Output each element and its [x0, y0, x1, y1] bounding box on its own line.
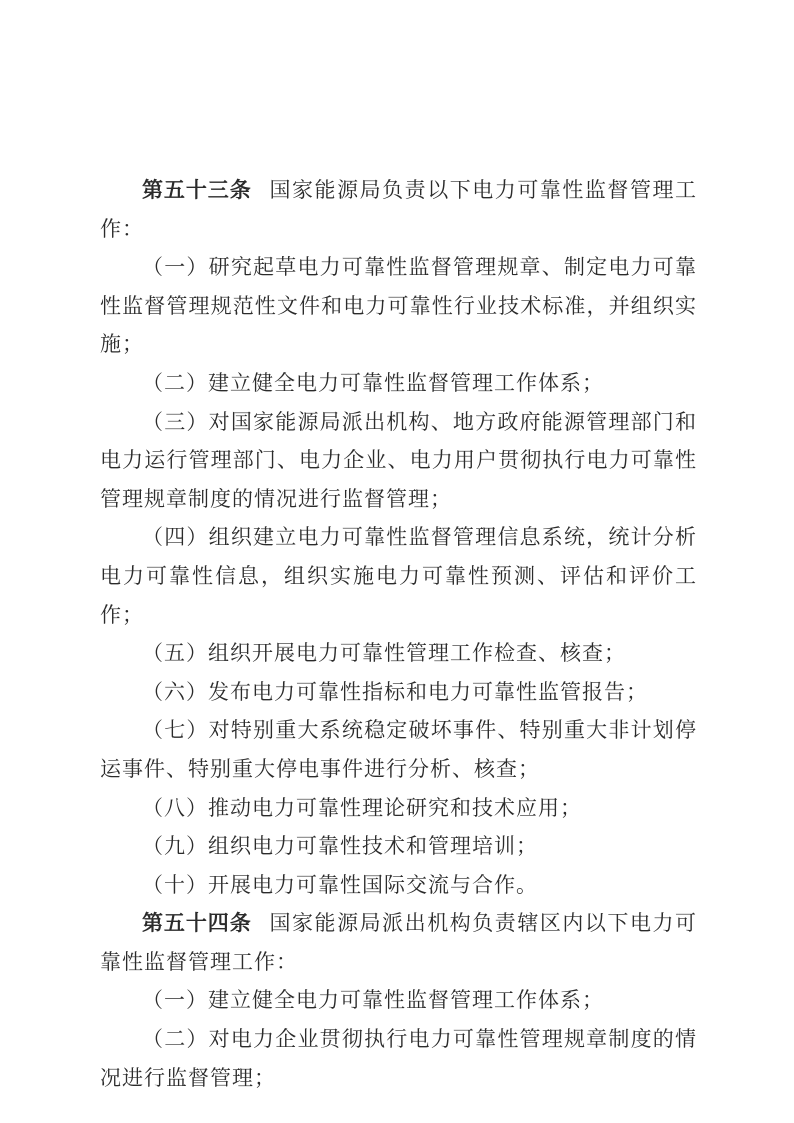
article-number: 第五十四条: [142, 911, 252, 935]
paragraph-text: （六）发布电力可靠性指标和电力可靠性监管报告；: [142, 680, 648, 704]
paragraph-text: （二）对电力企业贯彻执行电力可靠性管理规章制度的情况进行监督管理；: [100, 1027, 697, 1090]
paragraph: （二）对电力企业贯彻执行电力可靠性管理规章制度的情况进行监督管理；: [100, 1020, 697, 1097]
article-paragraph: 第五十四条国家能源局派出机构负责辖区内以下电力可靠性监督管理工作：: [100, 904, 697, 981]
article-number: 第五十三条: [142, 178, 252, 202]
paragraph-text: （一）建立健全电力可靠性监督管理工作体系；: [142, 988, 604, 1012]
paragraph-text: （五）组织开展电力可靠性管理工作检查、核查；: [142, 641, 626, 665]
paragraph-text: （十）开展电力可靠性国际交流与合作。: [142, 873, 538, 897]
paragraph: （七）对特别重大系统稳定破坏事件、特别重大非计划停运事件、特别重大停电事件进行分…: [100, 711, 697, 788]
paragraph-text: （八）推动电力可靠性理论研究和技术应用；: [142, 796, 582, 820]
document-body: 第五十三条国家能源局负责以下电力可靠性监督管理工作：（一）研究起草电力可靠性监督…: [100, 171, 697, 1097]
paragraph: （九）组织电力可靠性技术和管理培训；: [100, 827, 697, 866]
paragraph-text: （四）组织建立电力可靠性监督管理信息系统，统计分析电力可靠性信息，组织实施电力可…: [100, 525, 697, 626]
paragraph: （五）组织开展电力可靠性管理工作检查、核查；: [100, 634, 697, 673]
paragraph: （六）发布电力可靠性指标和电力可靠性监管报告；: [100, 673, 697, 712]
paragraph-text: （二）建立健全电力可靠性监督管理工作体系；: [142, 371, 604, 395]
paragraph-text: （三）对国家能源局派出机构、地方政府能源管理部门和电力运行管理部门、电力企业、电…: [100, 410, 697, 511]
paragraph: （一）研究起草电力可靠性监督管理规章、制定电力可靠性监督管理规范性文件和电力可靠…: [100, 248, 697, 364]
paragraph: （二）建立健全电力可靠性监督管理工作体系；: [100, 364, 697, 403]
paragraph: （八）推动电力可靠性理论研究和技术应用；: [100, 789, 697, 828]
document-page: 第五十三条国家能源局负责以下电力可靠性监督管理工作：（一）研究起草电力可靠性监督…: [0, 0, 794, 1123]
paragraph: （一）建立健全电力可靠性监督管理工作体系；: [100, 981, 697, 1020]
paragraph: （四）组织建立电力可靠性监督管理信息系统，统计分析电力可靠性信息，组织实施电力可…: [100, 518, 697, 634]
article-paragraph: 第五十三条国家能源局负责以下电力可靠性监督管理工作：: [100, 171, 697, 248]
paragraph-text: （七）对特别重大系统稳定破坏事件、特别重大非计划停运事件、特别重大停电事件进行分…: [100, 718, 697, 781]
paragraph-text: （九）组织电力可靠性技术和管理培训；: [142, 834, 538, 858]
paragraph-text: （一）研究起草电力可靠性监督管理规章、制定电力可靠性监督管理规范性文件和电力可靠…: [100, 255, 697, 356]
paragraph: （三）对国家能源局派出机构、地方政府能源管理部门和电力运行管理部门、电力企业、电…: [100, 403, 697, 519]
paragraph: （十）开展电力可靠性国际交流与合作。: [100, 866, 697, 905]
